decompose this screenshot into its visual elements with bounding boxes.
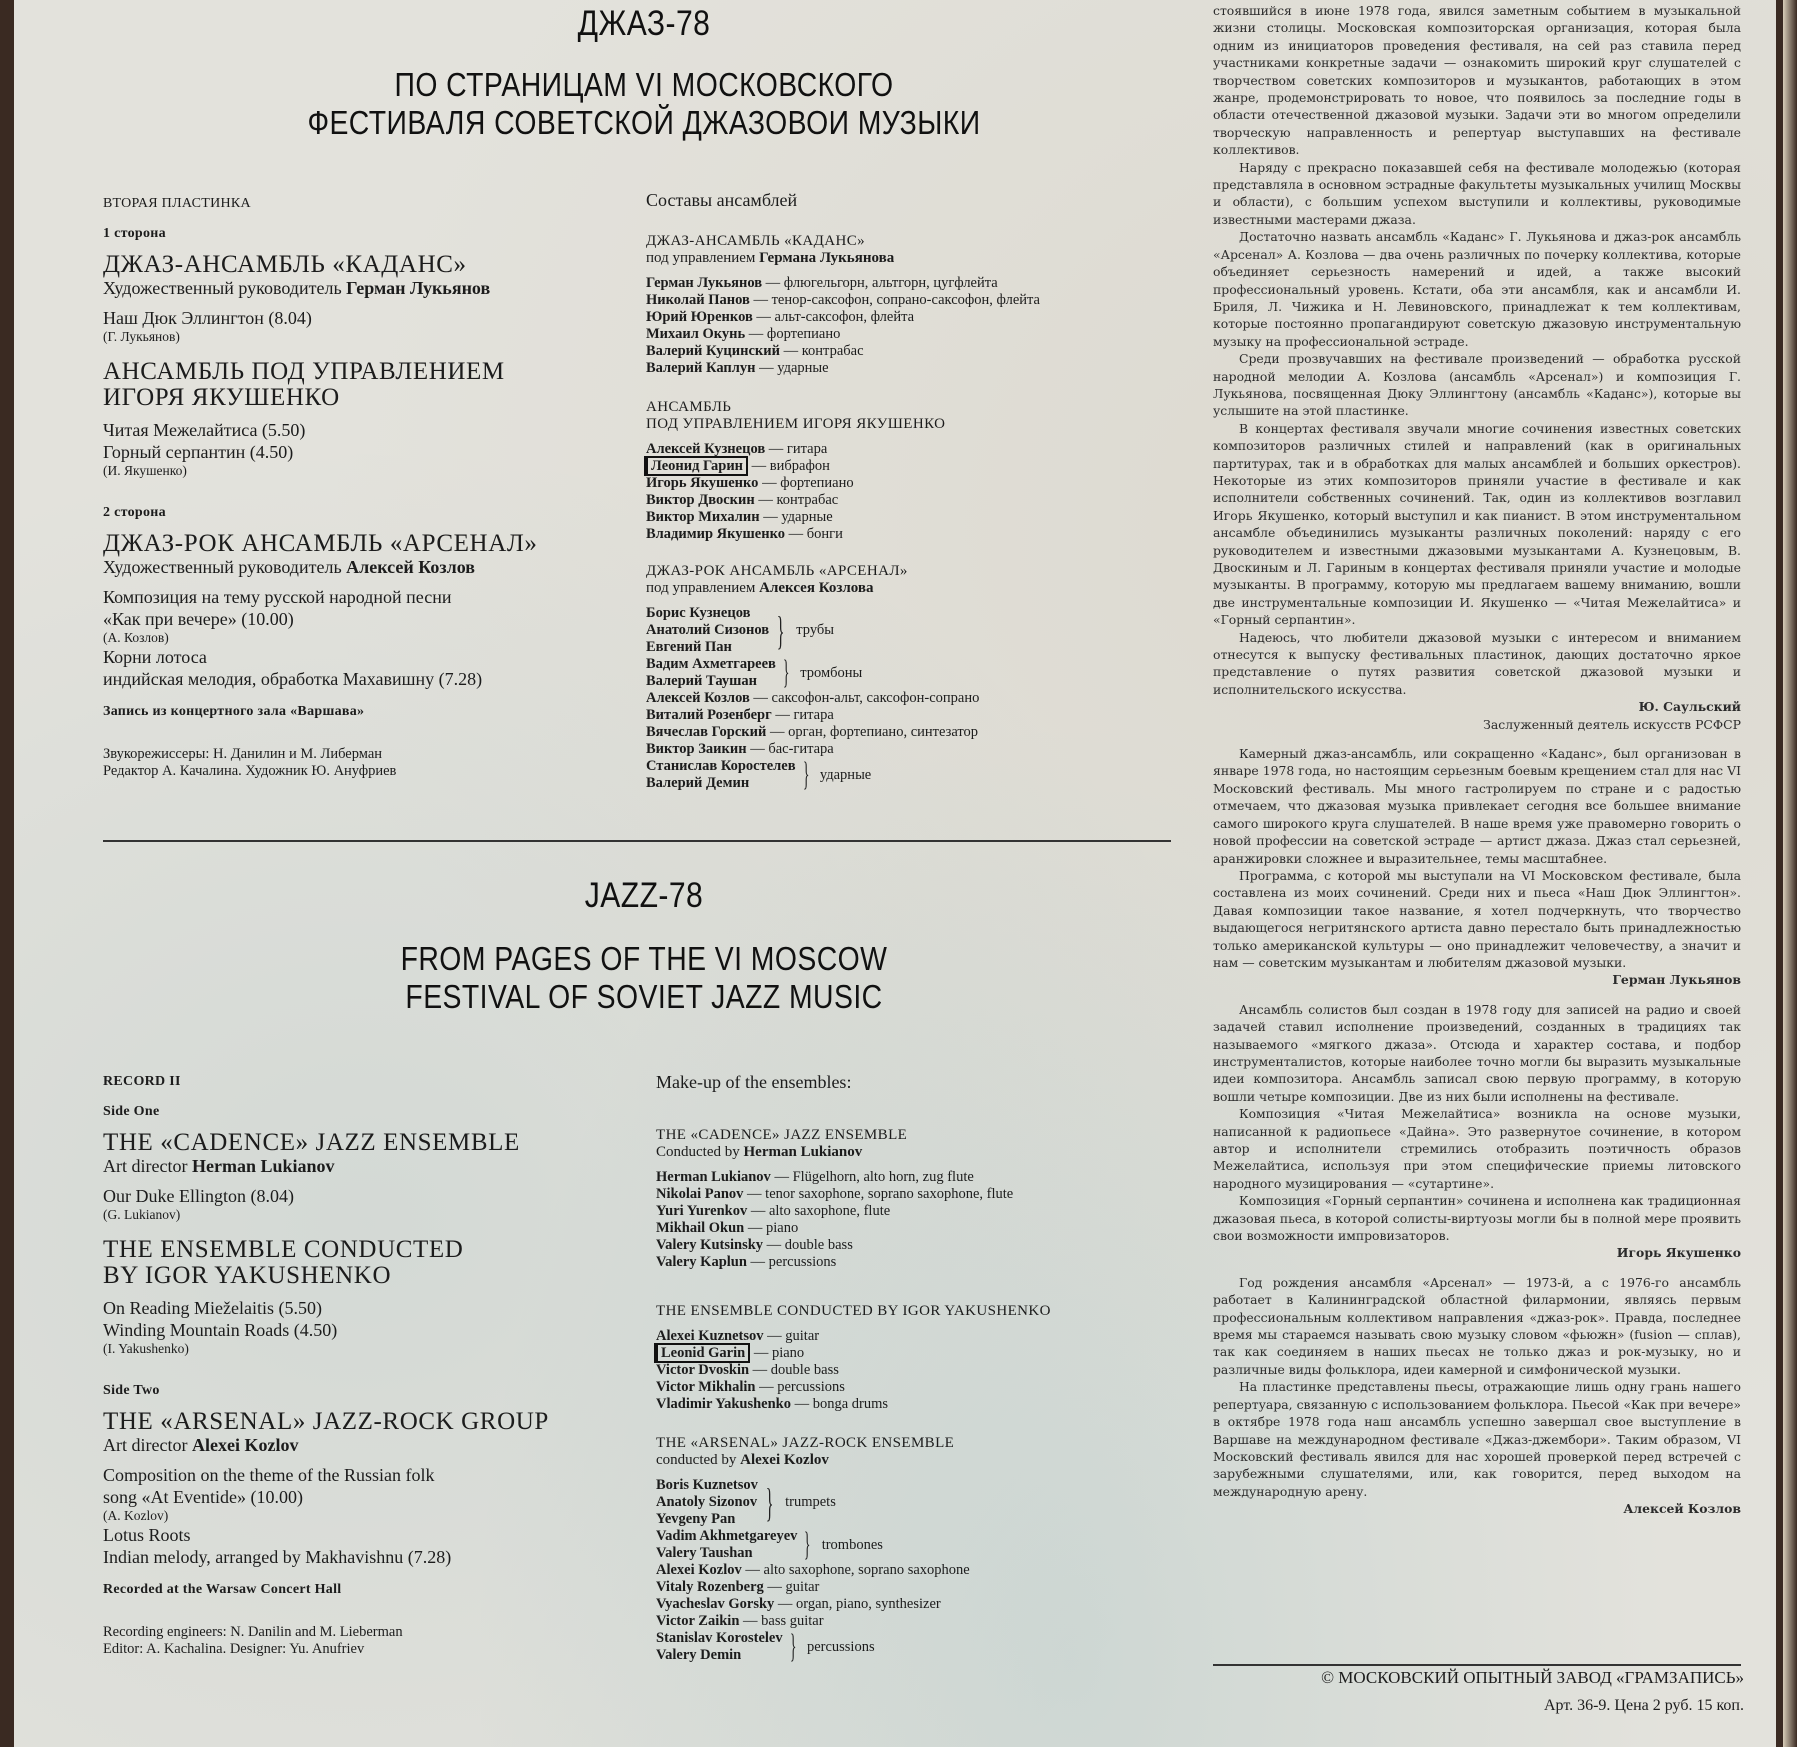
member-name: Алексей Кузнецов xyxy=(646,441,765,457)
makeup-ensemble-title: АНСАМБЛЬ xyxy=(646,399,1166,416)
english-tracklist: RECORD II Side One THE «CADENCE» JAZZ EN… xyxy=(103,1074,623,1658)
member-list: Boris KuznetsovAnatoly SizonovYevgeny Pa… xyxy=(656,1477,1176,1664)
side2-label: 2 сторона xyxy=(103,505,623,521)
member-name: Yuri Yurenkov xyxy=(656,1203,747,1219)
member-role: percussions xyxy=(807,1639,875,1656)
track-title: Композиция на тему русской народной песн… xyxy=(103,586,623,608)
notes-paragraph: Достаточно назвать ансамбль «Каданс» Г. … xyxy=(1213,228,1741,350)
side1-label: 1 сторона xyxy=(103,226,623,242)
recording-location: Запись из концертного зала «Варшава» xyxy=(103,704,623,720)
russian-subtitle-line1: ПО СТРАНИЦАМ VI МОСКОВСКОГО xyxy=(188,66,1100,104)
member-name: Valery Kaplun xyxy=(656,1254,747,1270)
member-row: Victor Zaikin — bass guitar xyxy=(656,1613,1176,1630)
ensemble-name: ДЖАЗ-АНСАМБЛЬ «КАДАНС» xyxy=(103,252,623,278)
album-back-cover: ДЖАЗ-78 ПО СТРАНИЦАМ VI МОСКОВСКОГО ФЕСТ… xyxy=(14,0,1776,1747)
makeup-ensemble-title: ПОД УПРАВЛЕНИЕМ ИГОРЯ ЯКУШЕНКО xyxy=(646,416,1166,433)
ensemble-name: THE «CADENCE» JAZZ ENSEMBLE xyxy=(103,1130,623,1156)
member-role: — ударные xyxy=(760,509,833,525)
member-role: — bass guitar xyxy=(739,1613,823,1629)
member-role: — гитара xyxy=(772,707,834,723)
member-name: Nikolai Panov xyxy=(656,1186,743,1202)
track-title: Читая Межелайтиса (5.50) xyxy=(103,419,623,441)
member-name: Виктор Заикин xyxy=(646,741,747,757)
member-row: Алексей Козлов — саксофон-альт, саксофон… xyxy=(646,690,1166,707)
art-director: Art director Herman Lukianov xyxy=(103,1156,623,1177)
composer-credit: (Г. Лукьянов) xyxy=(103,329,623,345)
ensemble-name: ИГОРЯ ЯКУШЕНКО xyxy=(103,385,623,411)
member-role: — альт-саксофон, флейта xyxy=(753,309,914,325)
composer-credit: (I. Yakushenko) xyxy=(103,1341,623,1357)
member-row: Valery Kutsinsky — double bass xyxy=(656,1237,1176,1254)
member-role: — organ, piano, synthesizer xyxy=(774,1596,940,1612)
member-role: тромбоны xyxy=(800,665,862,682)
member-row: Валерий Куцинский — контрабас xyxy=(646,343,1166,360)
member-name: Valery Kutsinsky xyxy=(656,1237,763,1253)
makeup-title: Make-up of the ensembles: xyxy=(656,1072,1176,1093)
record-label: RECORD II xyxy=(103,1074,623,1090)
member-row: Герман Лукьянов — флюгельгорн, альтгорн,… xyxy=(646,275,1166,292)
member-name: Herman Lukianov xyxy=(656,1169,771,1185)
member-name: Alexei Kozlov xyxy=(656,1562,742,1578)
editor-credit: Редактор А. Качалина. Художник Ю. Ануфри… xyxy=(103,763,623,780)
member-name: Валерий Каплун xyxy=(646,360,756,376)
member-name: Вадим Ахметгареев xyxy=(646,656,776,672)
composer-credit: (А. Козлов) xyxy=(103,630,623,646)
instrument-group: Stanislav KorostelevValery Demin}percuss… xyxy=(656,1630,1176,1664)
member-row: Nikolai Panov — tenor saxophone, soprano… xyxy=(656,1186,1176,1203)
member-row: Виктор Михалин — ударные xyxy=(646,509,1166,526)
member-row: Валерий Каплун — ударные xyxy=(646,360,1166,377)
track-title: «Как при вечере» (10.00) xyxy=(103,608,623,630)
track-subtitle: Indian melody, arranged by Makhavishnu (… xyxy=(103,1546,623,1568)
member-name: Stanislav Korostelev xyxy=(656,1630,783,1646)
member-name: Игорь Якушенко xyxy=(646,475,758,491)
member-row: Владимир Якушенко — бонги xyxy=(646,526,1166,543)
makeup-conductor: под управлением Алексея Козлова xyxy=(646,580,1166,597)
member-name: Anatoly Sizonov xyxy=(656,1494,757,1510)
engineers-credit: Recording engineers: N. Danilin and M. L… xyxy=(103,1624,623,1641)
track-title: Горный серпантин (4.50) xyxy=(103,441,623,463)
member-row: Yuri Yurenkov — alto saxophone, flute xyxy=(656,1203,1176,1220)
member-row: Юрий Юренков — альт-саксофон, флейта xyxy=(646,309,1166,326)
notes-paragraph: Программа, с которой мы выступали на VI … xyxy=(1213,867,1741,971)
english-title: JAZZ-78 xyxy=(188,876,1100,916)
ensemble-name: АНСАМБЛЬ ПОД УПРАВЛЕНИЕМ xyxy=(103,359,623,385)
russian-title: ДЖАЗ-78 xyxy=(188,4,1100,44)
makeup-conductor: под управлением Германа Лукьянова xyxy=(646,250,1166,267)
track-title: Winding Mountain Roads (4.50) xyxy=(103,1319,623,1341)
copyright-icon: © xyxy=(1321,1668,1334,1687)
member-role: — guitar xyxy=(764,1579,820,1595)
makeup-ensemble-title: THE «ARSENAL» JAZZ-ROCK ENSEMBLE xyxy=(656,1435,1176,1452)
side1-label: Side One xyxy=(103,1104,623,1120)
member-name: Leonid Garin xyxy=(656,1343,750,1363)
member-role: — фортепиано xyxy=(758,475,853,491)
ensemble-name: THE «ARSENAL» JAZZ-ROCK GROUP xyxy=(103,1409,623,1435)
ensemble-name: THE ENSEMBLE CONDUCTED xyxy=(103,1237,623,1263)
member-row: Herman Lukianov — Flügelhorn, alto horn,… xyxy=(656,1169,1176,1186)
member-name: Герман Лукьянов xyxy=(646,275,762,291)
art-director: Художественный руководитель Алексей Козл… xyxy=(103,557,623,578)
member-name: Vyacheslav Gorsky xyxy=(656,1596,774,1612)
member-row: Виктор Заикин — бас-гитара xyxy=(646,741,1166,758)
notes-paragraph: Год рождения ансамбля «Арсенал» — 1973-й… xyxy=(1213,1274,1741,1378)
member-row: Виталий Розенберг — гитара xyxy=(646,707,1166,724)
member-name: Виктор Михалин xyxy=(646,509,760,525)
member-name: Алексей Козлов xyxy=(646,690,750,706)
member-role: — тенор-саксофон, сопрано-саксофон, флей… xyxy=(750,292,1040,308)
editor-credit: Editor: A. Kachalina. Designer: Yu. Anuf… xyxy=(103,1641,623,1658)
member-role: — фортепиано xyxy=(745,326,840,342)
notes-paragraph: На пластинке представлены пьесы, отражаю… xyxy=(1213,1378,1741,1500)
composer-credit: (G. Lukianov) xyxy=(103,1207,623,1223)
member-name: Виталий Розенберг xyxy=(646,707,772,723)
catalog-price: Арт. 36-9. Цена 2 руб. 15 коп. xyxy=(1224,1697,1744,1715)
notes-paragraph: стоявшийся в июне 1978 года, явился заме… xyxy=(1213,2,1741,159)
russian-subtitle-line2: ФЕСТИВАЛЯ СОВЕТСКОЙ ДЖАЗОВОИ МУЗЫКИ xyxy=(188,104,1100,142)
member-role: — bonga drums xyxy=(791,1396,888,1412)
notes-paragraph: Композиция «Горный серпантин» сочинена и… xyxy=(1213,1192,1741,1244)
member-name: Вячеслав Горский xyxy=(646,724,766,740)
member-role: — Flügelhorn, alto horn, zug flute xyxy=(771,1169,974,1185)
member-name: Владимир Якушенко xyxy=(646,526,785,542)
notes-paragraph: Среди прозвучавших на фестивале произвед… xyxy=(1213,350,1741,420)
member-list: Алексей Кузнецов — гитараЛеонид Гарин — … xyxy=(646,441,1166,543)
track-title: Our Duke Ellington (8.04) xyxy=(103,1185,623,1207)
member-name: Евгений Пан xyxy=(646,639,732,655)
art-director: Art director Alexei Kozlov xyxy=(103,1435,623,1456)
track-title: On Reading Mieželaitis (5.50) xyxy=(103,1297,623,1319)
member-name: Виктор Двоскин xyxy=(646,492,755,508)
instrument-group: Борис КузнецовАнатолий СизоновЕвгений Па… xyxy=(646,605,1166,656)
makeup-ensemble-title: ДЖАЗ-РОК АНСАМБЛЬ «АРСЕНАЛ» xyxy=(646,563,1166,580)
member-name: Станислав Коростелев xyxy=(646,758,796,774)
signature-name: Ю. Саульский xyxy=(1213,698,1741,715)
member-row: Виктор Двоскин — контрабас xyxy=(646,492,1166,509)
brace-icon: } xyxy=(802,758,809,792)
member-row: Mikhail Okun — piano xyxy=(656,1220,1176,1237)
member-name: Mikhail Okun xyxy=(656,1220,744,1236)
member-role: — контрабас xyxy=(755,492,839,508)
brace-icon: } xyxy=(777,611,785,651)
record-label: ВТОРАЯ ПЛАСТИНКА xyxy=(103,196,623,212)
member-name: Valery Demin xyxy=(656,1647,741,1663)
member-row: Alexei Kozlov — alto saxophone, soprano … xyxy=(656,1562,1176,1579)
member-role: — орган, фортепиано, синтезатор xyxy=(766,724,978,740)
section-divider xyxy=(103,840,1171,842)
makeup-conductor: conducted by Alexei Kozlov xyxy=(656,1452,1176,1469)
member-row: Vladimir Yakushenko — bonga drums xyxy=(656,1396,1176,1413)
english-makeup: Make-up of the ensembles: THE «CADENCE» … xyxy=(656,1072,1176,1664)
member-name: Борис Кузнецов xyxy=(646,605,750,621)
member-name: Vladimir Yakushenko xyxy=(656,1396,791,1412)
member-list: Herman Lukianov — Flügelhorn, alto horn,… xyxy=(656,1169,1176,1271)
member-name: Victor Mikhalin xyxy=(656,1379,756,1395)
member-name: Анатолий Сизонов xyxy=(646,622,769,638)
liner-notes: стоявшийся в июне 1978 года, явился заме… xyxy=(1213,2,1741,1518)
member-row: Николай Панов — тенор-саксофон, сопрано-… xyxy=(646,292,1166,309)
member-role: trumpets xyxy=(785,1494,836,1511)
track-subtitle: индийская мелодия, обработка Махавишну (… xyxy=(103,668,623,690)
track-title: Наш Дюк Эллингтон (8.04) xyxy=(103,307,623,329)
member-list: Alexei Kuznetsov — guitarLeonid Garin — … xyxy=(656,1328,1176,1413)
member-role: — piano xyxy=(750,1345,804,1361)
member-name: Валерий Демин xyxy=(646,775,749,791)
member-row: Михаил Окунь — фортепиано xyxy=(646,326,1166,343)
member-role: — саксофон-альт, саксофон-сопрано xyxy=(750,690,980,706)
member-role: — piano xyxy=(744,1220,798,1236)
signature-name: Алексей Козлов xyxy=(1213,1500,1741,1517)
member-role: trombones xyxy=(822,1537,883,1554)
member-list: Борис КузнецовАнатолий СизоновЕвгений Па… xyxy=(646,605,1166,792)
track-title: Корни лотоса xyxy=(103,646,623,668)
member-row: Леонид Гарин — вибрафон xyxy=(646,458,1166,475)
member-row: Vitaly Rozenberg — guitar xyxy=(656,1579,1176,1596)
composer-credit: (A. Kozlov) xyxy=(103,1508,623,1524)
member-role: — вибрафон xyxy=(748,458,830,474)
instrument-group: Vadim AkhmetgareyevValery Taushan}trombo… xyxy=(656,1528,1176,1562)
notes-paragraph: Композиция «Читая Межелайтиса» возникла … xyxy=(1213,1105,1741,1192)
russian-tracklist: ВТОРАЯ ПЛАСТИНКА 1 сторона ДЖАЗ-АНСАМБЛЬ… xyxy=(103,196,623,780)
side2-label: Side Two xyxy=(103,1383,623,1399)
english-subtitle-line2: FESTIVAL OF SOVIET JAZZ MUSIC xyxy=(188,978,1100,1016)
member-role: трубы xyxy=(796,622,834,639)
track-title: song «At Eventide» (10.00) xyxy=(103,1486,623,1508)
footer-divider xyxy=(1213,1664,1741,1666)
russian-makeup: Составы ансамблей ДЖАЗ-АНСАМБЛЬ «КАДАНС»… xyxy=(646,190,1166,792)
member-role: — ударные xyxy=(756,360,829,376)
member-name: Victor Zaikin xyxy=(656,1613,739,1629)
member-row: Вячеслав Горский — орган, фортепиано, си… xyxy=(646,724,1166,741)
copyright-notice: © МОСКОВСКИЙ ОПЫТНЫЙ ЗАВОД «ГРАМЗАПИСЬ» xyxy=(1224,1668,1744,1688)
art-director: Художественный руководитель Герман Лукья… xyxy=(103,278,623,299)
member-role: — double bass xyxy=(749,1362,839,1378)
member-name: Леонид Гарин xyxy=(646,456,748,476)
notes-paragraph: Камерный джаз-ансамбль, или сокращенно «… xyxy=(1213,745,1741,867)
member-row: Игорь Якушенко — фортепиано xyxy=(646,475,1166,492)
member-name: Валерий Куцинский xyxy=(646,343,780,359)
member-name: Михаил Окунь xyxy=(646,326,745,342)
sleeve-edge xyxy=(1783,0,1797,1747)
member-role: — флюгельгорн, альтгорн, цугфлейта xyxy=(762,275,998,291)
member-role: — контрабас xyxy=(780,343,864,359)
english-subtitle-line1: FROM PAGES OF THE VI MOSCOW xyxy=(188,940,1100,978)
member-name: Alexei Kuznetsov xyxy=(656,1328,764,1344)
member-role: — double bass xyxy=(763,1237,853,1253)
member-name: Valery Taushan xyxy=(656,1545,753,1561)
member-name: Vadim Akhmetgareyev xyxy=(656,1528,797,1544)
brace-icon: } xyxy=(783,656,790,690)
notes-paragraph: В концертах фестиваля звучали многие соч… xyxy=(1213,420,1741,629)
signature-title: Заслуженный деятель искусств РСФСР xyxy=(1213,716,1741,733)
instrument-group: Boris KuznetsovAnatoly SizonovYevgeny Pa… xyxy=(656,1477,1176,1528)
signature-name: Игорь Якушенко xyxy=(1213,1244,1741,1261)
member-role: — гитара xyxy=(765,441,827,457)
member-name: Victor Dvoskin xyxy=(656,1362,749,1378)
member-name: Vitaly Rozenberg xyxy=(656,1579,764,1595)
member-role: — percussions xyxy=(756,1379,845,1395)
notes-paragraph: Ансамбль солистов был создан в 1978 году… xyxy=(1213,1001,1741,1105)
member-name: Валерий Таушан xyxy=(646,673,757,689)
makeup-title: Составы ансамблей xyxy=(646,190,1166,211)
member-role: — бас-гитара xyxy=(747,741,834,757)
member-row: Victor Mikhalin — percussions xyxy=(656,1379,1176,1396)
member-role: — tenor saxophone, soprano saxophone, fl… xyxy=(743,1186,1013,1202)
member-name: Yevgeny Pan xyxy=(656,1511,735,1527)
member-name: Юрий Юренков xyxy=(646,309,753,325)
member-role: — alto saxophone, soprano saxophone xyxy=(742,1562,970,1578)
makeup-ensemble-title: THE «CADENCE» JAZZ ENSEMBLE xyxy=(656,1127,1176,1144)
brace-icon: } xyxy=(790,1630,797,1664)
member-role: ударные xyxy=(820,767,871,784)
member-row: Vyacheslav Gorsky — organ, piano, synthe… xyxy=(656,1596,1176,1613)
member-role: — percussions xyxy=(747,1254,836,1270)
member-name: Николай Панов xyxy=(646,292,750,308)
engineers-credit: Звукорежиссеры: Н. Данилин и М. Либерман xyxy=(103,746,623,763)
makeup-conductor: Conducted by Herman Lukianov xyxy=(656,1144,1176,1161)
brace-icon: } xyxy=(804,1528,811,1562)
member-role: — бонги xyxy=(785,526,843,542)
makeup-ensemble-title: THE ENSEMBLE CONDUCTED BY IGOR YAKUSHENK… xyxy=(656,1303,1176,1320)
member-row: Victor Dvoskin — double bass xyxy=(656,1362,1176,1379)
composer-credit: (И. Якушенко) xyxy=(103,463,623,479)
instrument-group: Станислав КоростелевВалерий Демин}ударны… xyxy=(646,758,1166,792)
track-title: Composition on the theme of the Russian … xyxy=(103,1464,623,1486)
signature-name: Герман Лукьянов xyxy=(1213,971,1741,988)
recording-location: Recorded at the Warsaw Concert Hall xyxy=(103,1582,623,1598)
member-name: Boris Kuznetsov xyxy=(656,1477,758,1493)
brace-icon: } xyxy=(766,1483,774,1523)
track-title: Lotus Roots xyxy=(103,1524,623,1546)
notes-paragraph: Наряду с прекрасно показавшей себя на фе… xyxy=(1213,159,1741,229)
ensemble-name: BY IGOR YAKUSHENKO xyxy=(103,1263,623,1289)
notes-paragraph: Надеюсь, что любители джазовой музыки с … xyxy=(1213,629,1741,699)
instrument-group: Вадим АхметгареевВалерий Таушан}тромбоны xyxy=(646,656,1166,690)
member-role: — alto saxophone, flute xyxy=(747,1203,890,1219)
member-role: — guitar xyxy=(764,1328,820,1344)
ensemble-name: ДЖАЗ-РОК АНСАМБЛЬ «АРСЕНАЛ» xyxy=(103,531,623,557)
member-row: Valery Kaplun — percussions xyxy=(656,1254,1176,1271)
member-row: Leonid Garin — piano xyxy=(656,1345,1176,1362)
member-list: Герман Лукьянов — флюгельгорн, альтгорн,… xyxy=(646,275,1166,377)
makeup-ensemble-title: ДЖАЗ-АНСАМБЛЬ «КАДАНС» xyxy=(646,233,1166,250)
